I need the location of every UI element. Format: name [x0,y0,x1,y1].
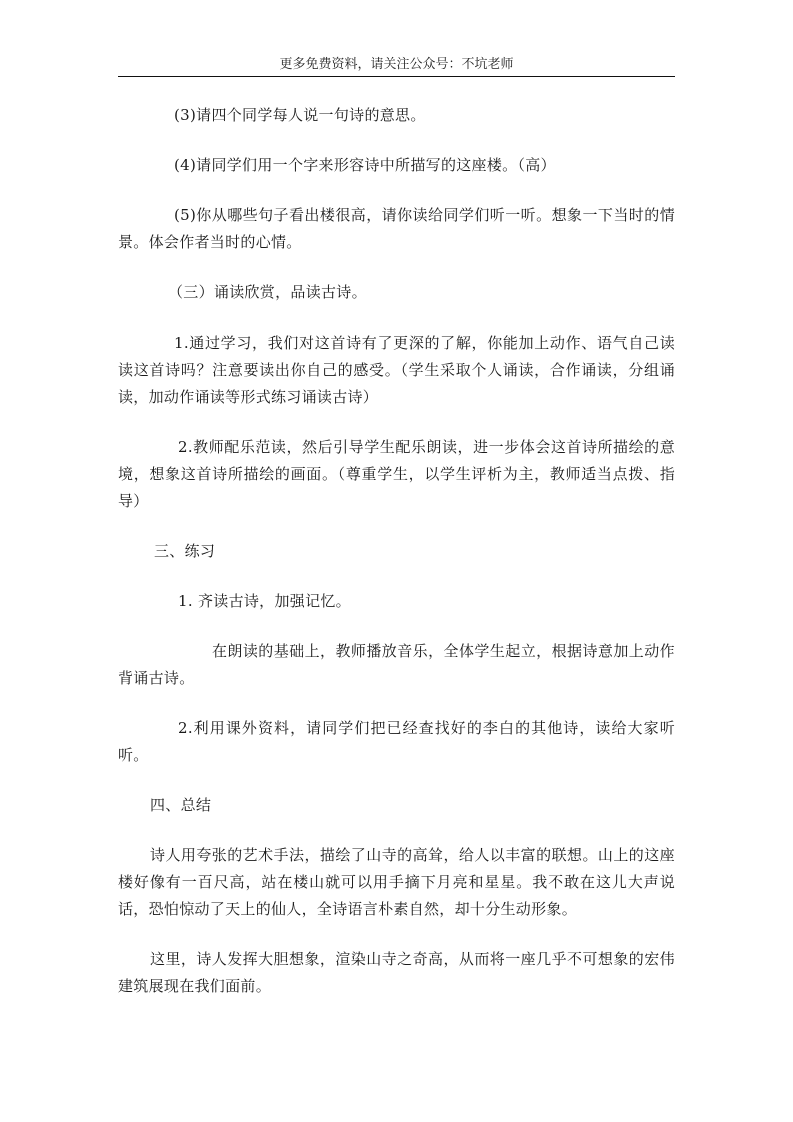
header-divider [118,76,675,77]
paragraph-recite-2: 2.教师配乐范读，然后引导学生配乐朗读，进一步体会这首诗所描绘的意境，想象这首诗… [118,434,675,515]
paragraph-practice-1-detail: 在朗读的基础上，教师播放音乐，全体学生起立，根据诗意加上动作背诵古诗。 [118,638,675,692]
paragraph-practice-2: 2.利用课外资料，请同学们把已经查找好的李白的其他诗，读给大家听听。 [118,715,675,769]
paragraph-item-5: (5)你从哪些句子看出楼很高，请你读给同学们听一听。想象一下当时的情景。体会作者… [118,202,675,256]
section-heading-recite: （三）诵读欣赏，品读古诗。 [118,279,675,306]
section-heading-practice: 三、练习 [118,538,675,565]
paragraph-recite-1: 1.通过学习，我们对这首诗有了更深的了解，你能加上动作、语气自己读读这首诗吗？注… [118,330,675,411]
paragraph-item-4: (4)请同学们用一个字来形容诗中所描写的这座楼。（高） [118,152,675,179]
page-header: 更多免费资料，请关注公众号：不坑老师 [118,56,675,74]
paragraph-item-3: (3)请四个同学每人说一句诗的意思。 [118,102,675,129]
paragraph-summary-2: 这里，诗人发挥大胆想象，渲染山寺之奇高，从而将一座几乎不可想象的宏伟建筑展现在我… [118,946,675,1000]
paragraph-summary-1: 诗人用夸张的艺术手法，描绘了山寺的高耸，给人以丰富的联想。山上的这座楼好像有一百… [118,842,675,923]
paragraph-practice-1: 1. 齐读古诗，加强记忆。 [118,588,675,615]
document-body: (3)请四个同学每人说一句诗的意思。 (4)请同学们用一个字来形容诗中所描写的这… [118,102,675,1000]
section-heading-summary: 四、总结 [118,792,675,819]
